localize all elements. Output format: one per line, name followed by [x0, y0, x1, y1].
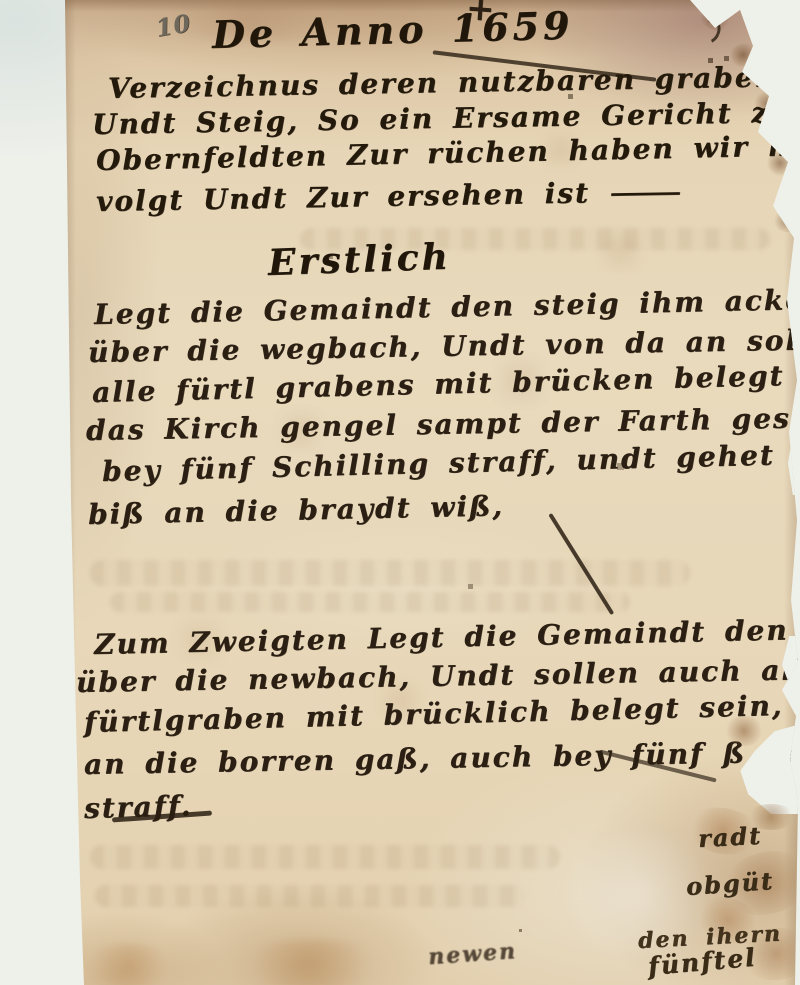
paper-speckles — [0, 0, 1, 1]
second-article-line-1: Zum Zweigten Legt die Gemaindt den steig — [94, 611, 800, 661]
edge-bite — [788, 425, 800, 495]
first-article-line-6: biß an die braydt wiß, — [88, 489, 505, 531]
first-article-line-1: Legt die Gemaindt den steig ihm ackerlan… — [94, 281, 800, 331]
page-number: 10 — [153, 8, 193, 43]
tear-hole-rim — [724, 716, 764, 746]
scan-background: 10 + De Anno 1659 Verzeichnus deren nutz… — [0, 0, 800, 985]
paper-stain — [236, 940, 386, 985]
document-title: De Anno 1659 — [211, 3, 573, 57]
paper-stain — [84, 944, 174, 985]
left-edge-shading — [62, 0, 76, 985]
ink-specks — [0, 0, 1, 1]
bleedthrough-smudge — [95, 885, 525, 907]
section-heading: Erstlich — [267, 236, 451, 284]
bleedthrough-smudge — [110, 592, 630, 612]
torn-edge-blob — [771, 208, 800, 234]
margin-fragment-obgut: obgüt — [685, 866, 775, 901]
bleedthrough-smudge — [90, 560, 690, 586]
bleedthrough-smudge — [90, 845, 560, 869]
tear-hole-rim — [746, 804, 796, 830]
intro-line-4: volgt Undt Zur ersehen ist ⸻ — [96, 170, 681, 220]
manuscript-page: 10 + De Anno 1659 Verzeichnus deren nutz… — [0, 0, 800, 985]
margin-fragment-newen: newen — [427, 938, 518, 970]
first-article-line-5: bey fünf Schilling straff, undt gehet — [102, 439, 775, 488]
